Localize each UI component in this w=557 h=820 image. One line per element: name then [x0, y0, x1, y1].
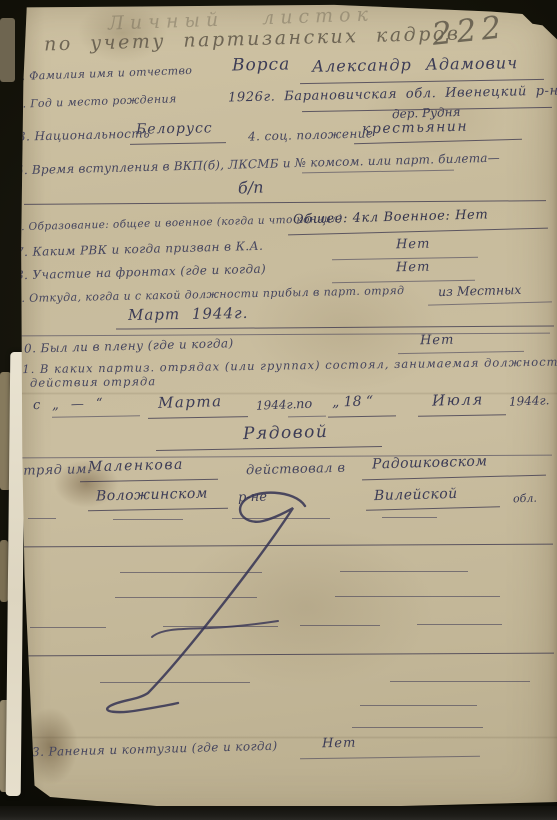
scanned-document: Личный листок по учету партизанских кадр…: [0, 0, 557, 820]
document-page: Личный листок по учету партизанских кадр…: [0, 0, 557, 820]
field13-value: Нет: [322, 737, 357, 751]
paper-scrap: [0, 18, 15, 82]
crossout-z-stroke: [0, 0, 557, 820]
scanner-band: [0, 806, 557, 820]
